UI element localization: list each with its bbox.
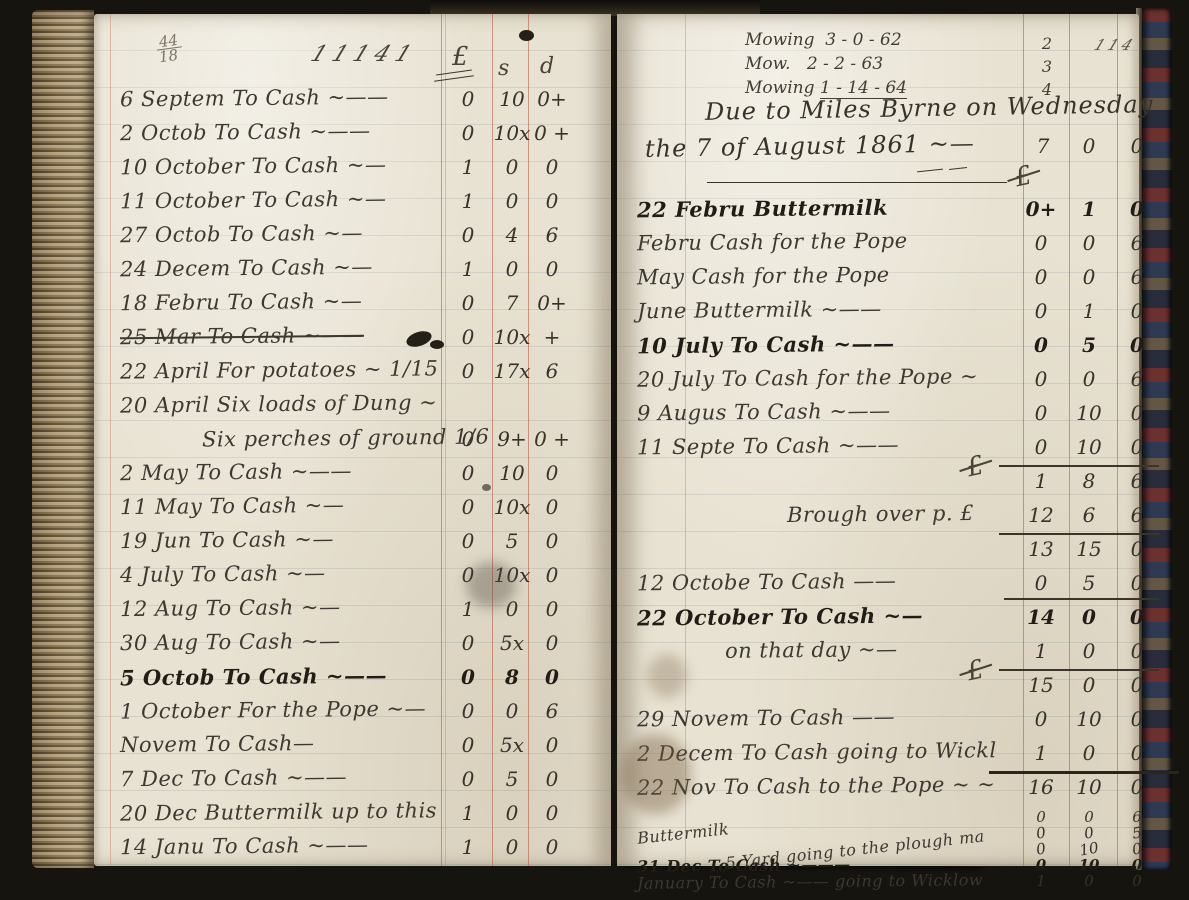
amount-pence: 0 xyxy=(530,461,574,485)
entry-description: 2 Decem To Cash going to Wickl xyxy=(637,738,997,766)
amount-pence: 0 xyxy=(530,257,574,281)
page-corner-mark: 114 xyxy=(1091,36,1139,54)
sum-rule xyxy=(999,533,1159,535)
amount-shillings: 0 xyxy=(490,835,534,859)
ledger-row: June Buttermilk ~——010 xyxy=(617,298,1139,330)
amount-shillings: 0 xyxy=(490,801,534,825)
entry-description: Febru Cash for the Pope xyxy=(637,229,908,256)
entry-description: 22 Febru Buttermilk xyxy=(637,195,888,223)
entry-description: 11 Septe To Cash ~—— xyxy=(637,433,899,460)
ledger-book-photo: 44 18 11141 £ s d 6 Septem To Cash ~——01… xyxy=(0,0,1189,900)
memo-block: Mowing 3 - 0 - 62 Mow. 2 - 2 - 63 Mowing… xyxy=(745,28,907,100)
entry-description: 5 Octob To Cash ~—— xyxy=(120,663,387,691)
amount-shillings: 8 xyxy=(1067,469,1111,493)
amount-shillings: 5 xyxy=(490,767,534,791)
amount-pounds: 0 xyxy=(446,427,490,451)
amount-pence: 0 xyxy=(1115,741,1159,765)
amount-pence: 0 xyxy=(1115,872,1159,890)
amount-shillings: 0 xyxy=(1067,639,1111,663)
ledger-row: 7 Dec To Cash ~——050 xyxy=(94,766,611,798)
amount-pounds: 12 xyxy=(1019,503,1063,527)
ink-blot xyxy=(519,30,534,41)
amount-pence: 0 xyxy=(530,529,574,553)
amount-pence: 6 xyxy=(1115,469,1159,493)
entry-description: May Cash for the Pope xyxy=(637,263,890,290)
amount-pounds: 1 xyxy=(446,257,490,281)
entry-description: 10 October To Cash ~— xyxy=(120,153,387,180)
amount-pounds: 0 xyxy=(1019,333,1063,357)
amount-pence: 0 xyxy=(530,155,574,179)
amount-pence: 0 xyxy=(1115,401,1159,425)
entry-description: 18 Febru To Cash ~— xyxy=(120,289,363,316)
entry-description: on that day ~— xyxy=(725,637,898,663)
amount-pence: 6 xyxy=(1115,503,1159,527)
amount-shillings: 0 xyxy=(1067,231,1111,255)
ledger-row: 22 Nov To Cash to the Pope ~ ~16100 xyxy=(617,774,1139,806)
ledger-row: 22 October To Cash ~—1400 xyxy=(617,604,1139,636)
entry-description: 14 Janu To Cash ~—— xyxy=(120,833,369,860)
amount-pounds: 1 xyxy=(446,189,490,213)
ledger-row: 20 July To Cash for the Pope ~006 xyxy=(617,366,1139,398)
amount-pounds: 0 xyxy=(1019,299,1063,323)
amount-shillings: 5 xyxy=(1067,333,1111,357)
amount-shillings: 15 xyxy=(1067,537,1111,561)
pen-stroke xyxy=(917,169,943,173)
amount-shillings: 10x xyxy=(490,325,534,349)
page-stack-edge xyxy=(32,10,94,868)
entry-description: 19 Jun To Cash ~— xyxy=(120,527,334,553)
ledger-row: 5 Octob To Cash ~——080 xyxy=(94,664,611,696)
entry-description: 11 October To Cash ~— xyxy=(120,187,387,214)
amount-pounds: 1 xyxy=(446,835,490,859)
amount-pence: 0 xyxy=(1115,299,1159,323)
ledger-row: 24 Decem To Cash ~—100 xyxy=(94,256,611,288)
amount-shillings: 6 xyxy=(1067,503,1111,527)
memo-label: Mowing xyxy=(745,30,814,50)
amount-shillings: 10x xyxy=(490,495,534,519)
memo-line: Mow. 2 - 2 - 63 xyxy=(745,52,907,76)
amount-pence: + xyxy=(530,325,574,349)
ledger-row: 18 Febru To Cash ~—070+ xyxy=(94,290,611,322)
amount-pence: 0 xyxy=(530,665,574,689)
entry-description: 20 Dec Buttermilk up to this xyxy=(120,798,437,825)
amount-pounds: 0+ xyxy=(1019,197,1063,221)
amount-pounds: 0 xyxy=(446,223,490,247)
ledger-row: 22 April For potatoes ~ 1/15017x6 xyxy=(94,358,611,390)
fraction-denominator: 18 xyxy=(155,47,182,64)
pound-column-header: £ xyxy=(452,42,469,72)
ledger-page-left: 44 18 11141 £ s d 6 Septem To Cash ~——01… xyxy=(94,14,611,866)
ledger-row: £186 xyxy=(617,468,1139,500)
ledger-row: 11 Septe To Cash ~——0100 xyxy=(617,434,1139,466)
amount-pence: 0 xyxy=(530,597,574,621)
smudge-stain xyxy=(647,654,687,698)
sum-rule xyxy=(999,669,1159,671)
amount-pounds: 0 xyxy=(446,291,490,315)
amount-pence: 0 xyxy=(530,563,574,587)
amount-shillings: 0 xyxy=(490,155,534,179)
shilling-column-header: s xyxy=(498,56,509,81)
entry-description: 22 October To Cash ~— xyxy=(637,603,923,631)
amount-pounds: 1 xyxy=(446,155,490,179)
memo-amount: 2 - 2 - 63 xyxy=(807,54,883,74)
amount-pounds: 15 xyxy=(1019,673,1063,697)
amount-pence: 0 xyxy=(530,495,574,519)
ledger-row: 2 Octob To Cash ~——010x0 + xyxy=(94,120,611,152)
ledger-row: 1 October For the Pope ~—006 xyxy=(94,698,611,730)
pen-stroke xyxy=(707,182,1007,183)
sum-rule xyxy=(1004,598,1159,600)
amount-pounds: 0 xyxy=(446,121,490,145)
entry-description: 10 July To Cash ~—— xyxy=(637,331,895,359)
amount-pounds: 13 xyxy=(1019,537,1063,561)
memo-line: Mowing 3 - 0 - 62 xyxy=(745,28,907,52)
amount-pence: 6 xyxy=(1115,231,1159,255)
amount-pence: 0 xyxy=(530,733,574,757)
ledger-row: 9 Augus To Cash ~——0100 xyxy=(617,400,1139,432)
amount-pounds: 0 xyxy=(446,665,490,689)
amount-pounds: 7 xyxy=(1021,134,1065,158)
ledger-row: 10 October To Cash ~—100 xyxy=(94,154,611,186)
amount-shillings: 5x xyxy=(490,733,534,757)
amount-pence: 0 xyxy=(530,189,574,213)
amount-pounds: 0 xyxy=(446,699,490,723)
pen-stroke xyxy=(949,167,967,170)
ledger-row: 12 Aug To Cash ~—100 xyxy=(94,596,611,628)
amount-pounds: 0 xyxy=(446,631,490,655)
ledger-row: 20 Dec Buttermilk up to this100 xyxy=(94,800,611,832)
entry-description: June Buttermilk ~—— xyxy=(637,297,882,324)
entry-description: 24 Decem To Cash ~— xyxy=(120,255,373,282)
ledger-row: May Cash for the Pope006 xyxy=(617,264,1139,296)
ledger-row: 19 Jun To Cash ~—050 xyxy=(94,528,611,560)
crossed-flourish: £ xyxy=(1012,161,1034,194)
amount-pence: 0+ xyxy=(530,87,574,111)
amount-pence: 0+ xyxy=(530,291,574,315)
amount-pence: 6 xyxy=(1115,265,1159,289)
amount-pence: 6 xyxy=(1115,367,1159,391)
entry-description: 2 May To Cash ~—— xyxy=(120,459,352,485)
ledger-row: 12 Octobe To Cash ——050 xyxy=(617,570,1139,602)
amount-pounds: 0 xyxy=(446,529,490,553)
amount-pounds: 14 xyxy=(1019,605,1063,629)
ledger-row: 2 Decem To Cash going to Wickl100 xyxy=(617,740,1139,772)
amount-shillings: 0 xyxy=(490,257,534,281)
amount-pounds: 0 xyxy=(446,767,490,791)
amount-shillings: 9+ xyxy=(490,427,534,451)
year-marks: 234 xyxy=(1037,32,1057,101)
amount-pounds: 1 xyxy=(1019,639,1063,663)
amount-shillings: 0 xyxy=(490,699,534,723)
ledger-row: £1500 xyxy=(617,672,1139,704)
entry-description: 2 Octob To Cash ~—— xyxy=(120,119,371,146)
entry-description: 20 July To Cash for the Pope ~ xyxy=(637,364,978,392)
entry-description: Novem To Cash— xyxy=(120,731,315,757)
ledger-row: Six perches of ground 1/609+0 + xyxy=(94,426,611,458)
amount-pounds: 0 xyxy=(446,461,490,485)
amount-pounds: 0 xyxy=(1019,265,1063,289)
ledger-row: 27 Octob To Cash ~—046 xyxy=(94,222,611,254)
amount-shillings: 8 xyxy=(490,665,534,689)
amount-pounds: 0 xyxy=(1019,401,1063,425)
pen-tally-marks: 11141 xyxy=(307,42,422,67)
amount-shillings: 10 xyxy=(1067,435,1111,459)
amount-shillings: 1 xyxy=(1067,299,1111,323)
entry-description: 6 Septem To Cash ~—— xyxy=(120,85,389,112)
entry-description: 4 July To Cash ~— xyxy=(120,561,326,587)
amount-shillings: 4 xyxy=(490,223,534,247)
memo-label: Mowing xyxy=(745,78,814,98)
amount-pence: 0 xyxy=(1115,605,1159,629)
amount-pounds: 0 xyxy=(1019,707,1063,731)
entry-description: 12 Aug To Cash ~— xyxy=(120,595,341,621)
memo-amount: 3 - 0 - 62 xyxy=(825,30,901,50)
ledger-row: Brough over p. £1266 xyxy=(617,502,1139,534)
ledger-row: on that day ~—100 xyxy=(617,638,1139,670)
amount-pounds: 0 xyxy=(446,495,490,519)
ledger-row: 4 July To Cash ~—010x0 xyxy=(94,562,611,594)
entry-description: 22 April For potatoes ~ 1/15 xyxy=(120,356,439,383)
amount-pounds: 0 xyxy=(1019,571,1063,595)
amount-pounds: 0 xyxy=(446,733,490,757)
ledger-row: Novem To Cash—05x0 xyxy=(94,732,611,764)
amount-shillings: 17x xyxy=(490,359,534,383)
amount-pounds: 0 xyxy=(446,325,490,349)
amount-pence: 0 xyxy=(1115,673,1159,697)
amount-shillings: 0 xyxy=(1067,265,1111,289)
sum-rule xyxy=(999,465,1159,467)
amount-pounds: 1 xyxy=(1019,872,1063,890)
amount-pounds: 0 xyxy=(1019,367,1063,391)
amount-pence: 0 xyxy=(1115,197,1159,221)
ledger-row: 14 Janu To Cash ~——100 xyxy=(94,834,611,866)
entry-description: 29 Novem To Cash —— xyxy=(637,705,895,732)
amount-pounds: 16 xyxy=(1019,775,1063,799)
ledger-row: 30 Aug To Cash ~—05x0 xyxy=(94,630,611,662)
amount-pence: 0 xyxy=(530,631,574,655)
amount-shillings: 10 xyxy=(1067,707,1111,731)
entry-description: 11 May To Cash ~— xyxy=(120,493,345,519)
ink-blot xyxy=(430,340,444,349)
amount-shillings: 5x xyxy=(490,631,534,655)
ledger-row: 13150 xyxy=(617,536,1139,568)
amount-pence: 0 xyxy=(1115,775,1159,799)
amount-pence: 6 xyxy=(530,699,574,723)
amount-shillings: 1 xyxy=(1067,197,1111,221)
amount-pence: 0 + xyxy=(530,121,574,145)
page-title-line2: the 7 of August 1861 ~— xyxy=(645,129,975,163)
amount-pence: 0 xyxy=(1115,435,1159,459)
pence-column-header: d xyxy=(540,54,554,79)
sum-rule xyxy=(989,771,1179,774)
entry-description: January To Cash ~—— going to Wicklow xyxy=(637,870,983,893)
amount-pence: 0 xyxy=(1115,639,1159,663)
amount-pence: 6 xyxy=(530,223,574,247)
amount-shillings: 0 xyxy=(1067,605,1111,629)
ledger-row: 2 May To Cash ~——0100 xyxy=(94,460,611,492)
amount-pence: 0 + xyxy=(530,427,574,451)
amount-pence: 0 xyxy=(530,801,574,825)
ledger-row: 25 Mar To Cash ~——010x+ xyxy=(94,324,611,356)
amount-pounds: 1 xyxy=(1019,469,1063,493)
ledger-row: 6 Septem To Cash ~——0100+ xyxy=(94,86,611,118)
entry-description: 25 Mar To Cash ~—— xyxy=(120,323,364,350)
amount-shillings: 7 xyxy=(490,291,534,315)
amount-shillings: 0 xyxy=(490,189,534,213)
amount-pence: 0 xyxy=(530,835,574,859)
pencil-fraction: 44 18 xyxy=(156,34,181,63)
ledger-row: 10 July To Cash ~——050 xyxy=(617,332,1139,364)
ledger-row: Febru Cash for the Pope006 xyxy=(617,230,1139,262)
entry-description: 30 Aug To Cash ~— xyxy=(120,629,341,655)
amount-pounds: 0 xyxy=(446,359,490,383)
amount-pounds: 0 xyxy=(1019,231,1063,255)
entry-description: 20 April Six loads of Dung ~ xyxy=(120,390,437,417)
ledger-row: 29 Novem To Cash ——0100 xyxy=(617,706,1139,738)
ink-blot xyxy=(482,484,491,491)
smudge-stain xyxy=(466,562,516,608)
amount-shillings: 10 xyxy=(490,87,534,111)
amount-shillings: 0 xyxy=(1067,367,1111,391)
ledger-page-right: Mowing 3 - 0 - 62 Mow. 2 - 2 - 63 Mowing… xyxy=(617,14,1139,866)
amount-pence: 0 xyxy=(1115,571,1159,595)
amount-shillings: 0 xyxy=(1067,872,1111,890)
entry-description: 27 Octob To Cash ~— xyxy=(120,221,363,248)
entry-description: 7 Dec To Cash ~—— xyxy=(120,765,347,791)
entry-description: Brough over p. £ xyxy=(787,501,974,527)
amount-pence: 0 xyxy=(1115,333,1159,357)
amount-shillings: 5 xyxy=(490,529,534,553)
entry-description: 9 Augus To Cash ~—— xyxy=(637,399,891,426)
smudge-stain xyxy=(621,734,691,814)
ledger-row: 20 April Six loads of Dung ~ xyxy=(94,392,611,424)
amount-pounds: 1 xyxy=(446,801,490,825)
amount-shillings: 10x xyxy=(490,121,534,145)
amount-shillings: 0 xyxy=(1067,134,1111,158)
memo-label: Mow. xyxy=(745,54,791,74)
amount-shillings: 0 xyxy=(1067,673,1111,697)
amount-shillings: 10 xyxy=(1067,401,1111,425)
amount-pence: 0 xyxy=(530,767,574,791)
ledger-row: 22 Febru Buttermilk0+10 xyxy=(617,196,1139,228)
amount-pence: 6 xyxy=(530,359,574,383)
amount-pence: 0 xyxy=(1115,537,1159,561)
entry-description: 12 Octobe To Cash —— xyxy=(637,569,897,596)
entry-description: 1 October For the Pope ~— xyxy=(120,696,426,723)
amount-pounds: 0 xyxy=(446,87,490,111)
amount-pounds: 0 xyxy=(1019,435,1063,459)
amount-shillings: 5 xyxy=(1067,571,1111,595)
ledger-row: 11 May To Cash ~—010x0 xyxy=(94,494,611,526)
amount-pounds: 1 xyxy=(1019,741,1063,765)
amount-shillings: 0 xyxy=(1067,741,1111,765)
amount-pence: 0 xyxy=(1115,707,1159,731)
ledger-row: 11 October To Cash ~—100 xyxy=(94,188,611,220)
amount-shillings: 10 xyxy=(1067,775,1111,799)
amount-shillings: 10 xyxy=(490,461,534,485)
ledger-row: January To Cash ~—— going to Wicklow100 xyxy=(617,872,1139,900)
amount-pence: 0 xyxy=(1115,134,1159,158)
